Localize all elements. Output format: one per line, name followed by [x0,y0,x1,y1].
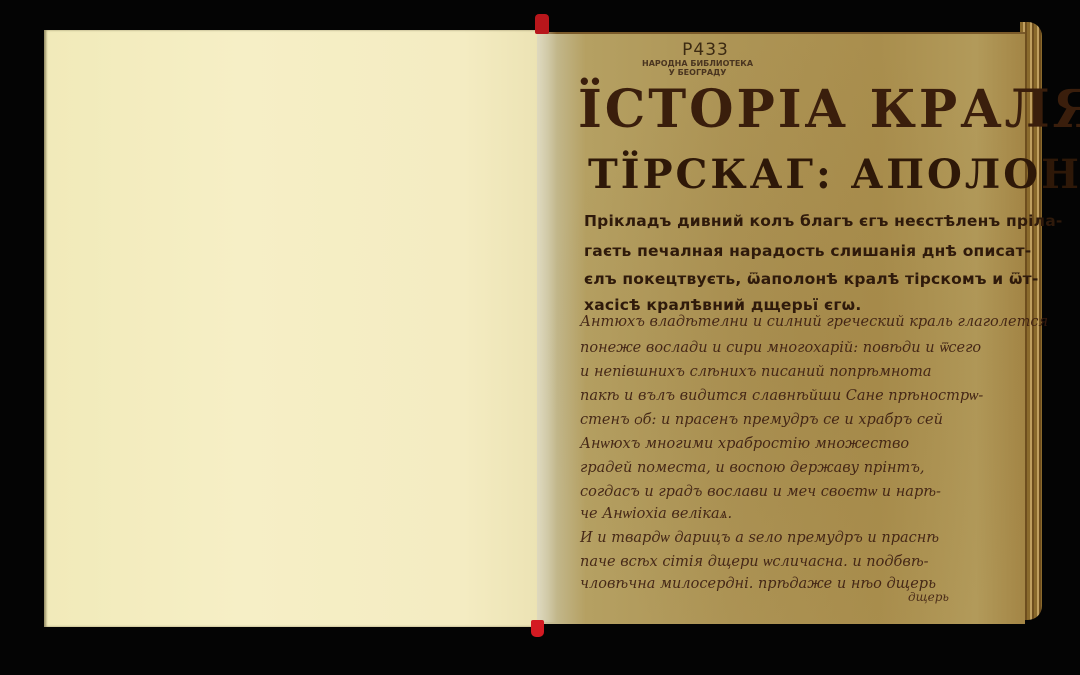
handwritten-line: стенъ ѻб: и прасенъ премудръ се и храбръ… [580,410,943,430]
handwritten-line: согдасъ и градъ вослави и меч своєтѡ и н… [580,482,941,502]
handwritten-line: пакѣ и вълъ видится славнѣйши Сане прѣно… [580,386,983,406]
library-stamp: P433 НАРОДНА БИБЛИОТЕКА У БЕОГРАДУ [650,42,761,77]
handwritten-line: паче всѣх сітія дщери ѡсличасна. и подбв… [580,552,929,572]
title-line-1: ЇСТОРІА КРАЛЯ [578,80,1080,140]
handwritten-line: понеже вослади и сири многохарій: повѣди… [580,338,981,358]
gutter-shadow [537,32,557,622]
catchword: дщерь [908,590,949,604]
handwritten-line: Антюхъ владѣтелни и силний греческий кра… [580,312,1048,332]
shelfmark: P433 [650,42,761,59]
printed-line: Прікладъ дивний колъ благъ єгъ неєстѣлен… [584,210,1063,232]
handwritten-line: че Анѡіохіа велікаѧ. [580,504,732,524]
handwritten-line: Анѡюхъ многими храбростію множество [580,434,909,454]
printed-line: єлъ покецтвуєть, ѿаполонѣ кралѣ тірскомъ… [584,268,1038,290]
stamp-library-name: НАРОДНА БИБЛИОТЕКА [642,59,753,68]
printed-line: гаєть печалная нарадость слишанія днѣ оп… [584,240,1031,262]
stamp-city: У БЕОГРАДУ [642,68,753,77]
bookmark-ribbon-top [535,14,549,34]
blank-left-page [44,30,537,627]
handwritten-line: чловѣчна милосердні. прѣдаже и нѣо дщерь [580,574,936,594]
title-line-2: ТЇРСКАГ: АПОЛОНЕ. [588,152,1080,198]
handwritten-line: И и твардѡ дарицъ а ѕело премудръ и прас… [580,528,939,548]
handwritten-line: градей поместа, и воспою державу прінтъ, [580,458,925,478]
bookmark-ribbon-bottom [531,620,544,637]
handwritten-line: и непівшнихъ слѣнихъ писаний попрѣмнота [580,362,932,382]
